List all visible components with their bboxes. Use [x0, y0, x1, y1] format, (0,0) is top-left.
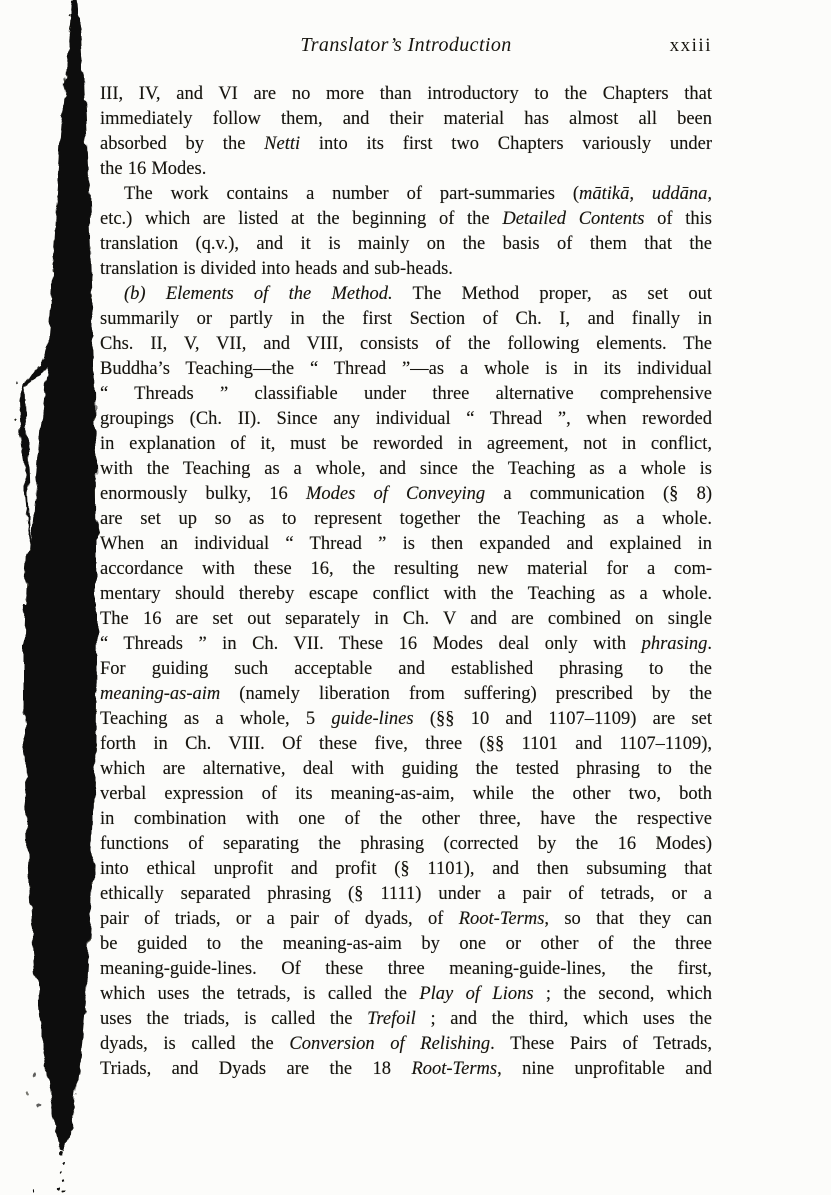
text-line: Buddha’s Teaching—the “ Thread ”—as a wh… — [100, 357, 712, 382]
text-line: accordance with these 16, the resulting … — [100, 557, 712, 582]
text-line: uses the triads, is called the Trefoil ;… — [100, 1007, 712, 1032]
text-line: which are alternative, deal with guiding… — [100, 757, 712, 782]
text-line: meaning-as-aim (namely liberation from s… — [100, 682, 712, 707]
text-line: forth in Ch. VIII. Of these five, three … — [100, 732, 712, 757]
text-line: be guided to the meaning-as-aim by one o… — [100, 932, 712, 957]
text-line: in explanation of it, must be reworded i… — [100, 432, 712, 457]
text-line: the 16 Modes. — [100, 157, 712, 182]
text-line: pair of triads, or a pair of dyads, of R… — [100, 907, 712, 932]
text-line: The work contains a number of part-summa… — [100, 182, 712, 207]
text-line: III, IV, and VI are no more than introdu… — [100, 82, 712, 107]
text-line: verbal expression of its meaning-as-aim,… — [100, 782, 712, 807]
text-line: with the Teaching as a whole, and since … — [100, 457, 712, 482]
text-line: Teaching as a whole, 5 guide-lines (§§ 1… — [100, 707, 712, 732]
text-line: Chs. II, V, VII, and VIII, consists of t… — [100, 332, 712, 357]
text-line: When an individual “ Thread ” is then ex… — [100, 532, 712, 557]
text-line: are set up so as to represent together t… — [100, 507, 712, 532]
text-line: in combination with one of the other thr… — [100, 807, 712, 832]
page-title: Translator’s Introduction — [100, 34, 712, 57]
text-line: “ Threads ” classifiable under three alt… — [100, 382, 712, 407]
text-line: absorbed by the Netti into its first two… — [100, 132, 712, 157]
text-line: “ Threads ” in Ch. VII. These 16 Modes d… — [100, 632, 712, 657]
text-block: III, IV, and VI are no more than introdu… — [100, 82, 712, 1082]
text-line: enormously bulky, 16 Modes of Conveying … — [100, 482, 712, 507]
text-line: (b) Elements of the Method. The Method p… — [100, 282, 712, 307]
text-line: groupings (Ch. II). Since any individual… — [100, 407, 712, 432]
scanned-book-page: Translator’s Introduction xxiii III, IV,… — [0, 0, 831, 1195]
text-line: dyads, is called the Conversion of Relis… — [100, 1032, 712, 1057]
text-line: ethically separated phrasing (§ 1111) un… — [100, 882, 712, 907]
page-number: xxiii — [670, 35, 712, 57]
text-line: mentary should thereby escape conflict w… — [100, 582, 712, 607]
text-line: into ethical unprofit and profit (§ 1101… — [100, 857, 712, 882]
text-line: summarily or partly in the first Section… — [100, 307, 712, 332]
running-header: Translator’s Introduction xxiii — [100, 34, 712, 62]
text-line: translation (q.v.), and it is mainly on … — [100, 232, 712, 257]
text-line: which uses the tetrads, is called the Pl… — [100, 982, 712, 1007]
text-line: For guiding such acceptable and establis… — [100, 657, 712, 682]
text-line: functions of separating the phrasing (co… — [100, 832, 712, 857]
text-line: immediately follow them, and their mater… — [100, 107, 712, 132]
text-line: etc.) which are listed at the beginning … — [100, 207, 712, 232]
text-line: The 16 are set out separately in Ch. V a… — [100, 607, 712, 632]
text-line: meaning-guide-lines. Of these three mean… — [100, 957, 712, 982]
text-line: Triads, and Dyads are the 18 Root-Terms,… — [100, 1057, 712, 1082]
text-line: translation is divided into heads and su… — [100, 257, 712, 282]
